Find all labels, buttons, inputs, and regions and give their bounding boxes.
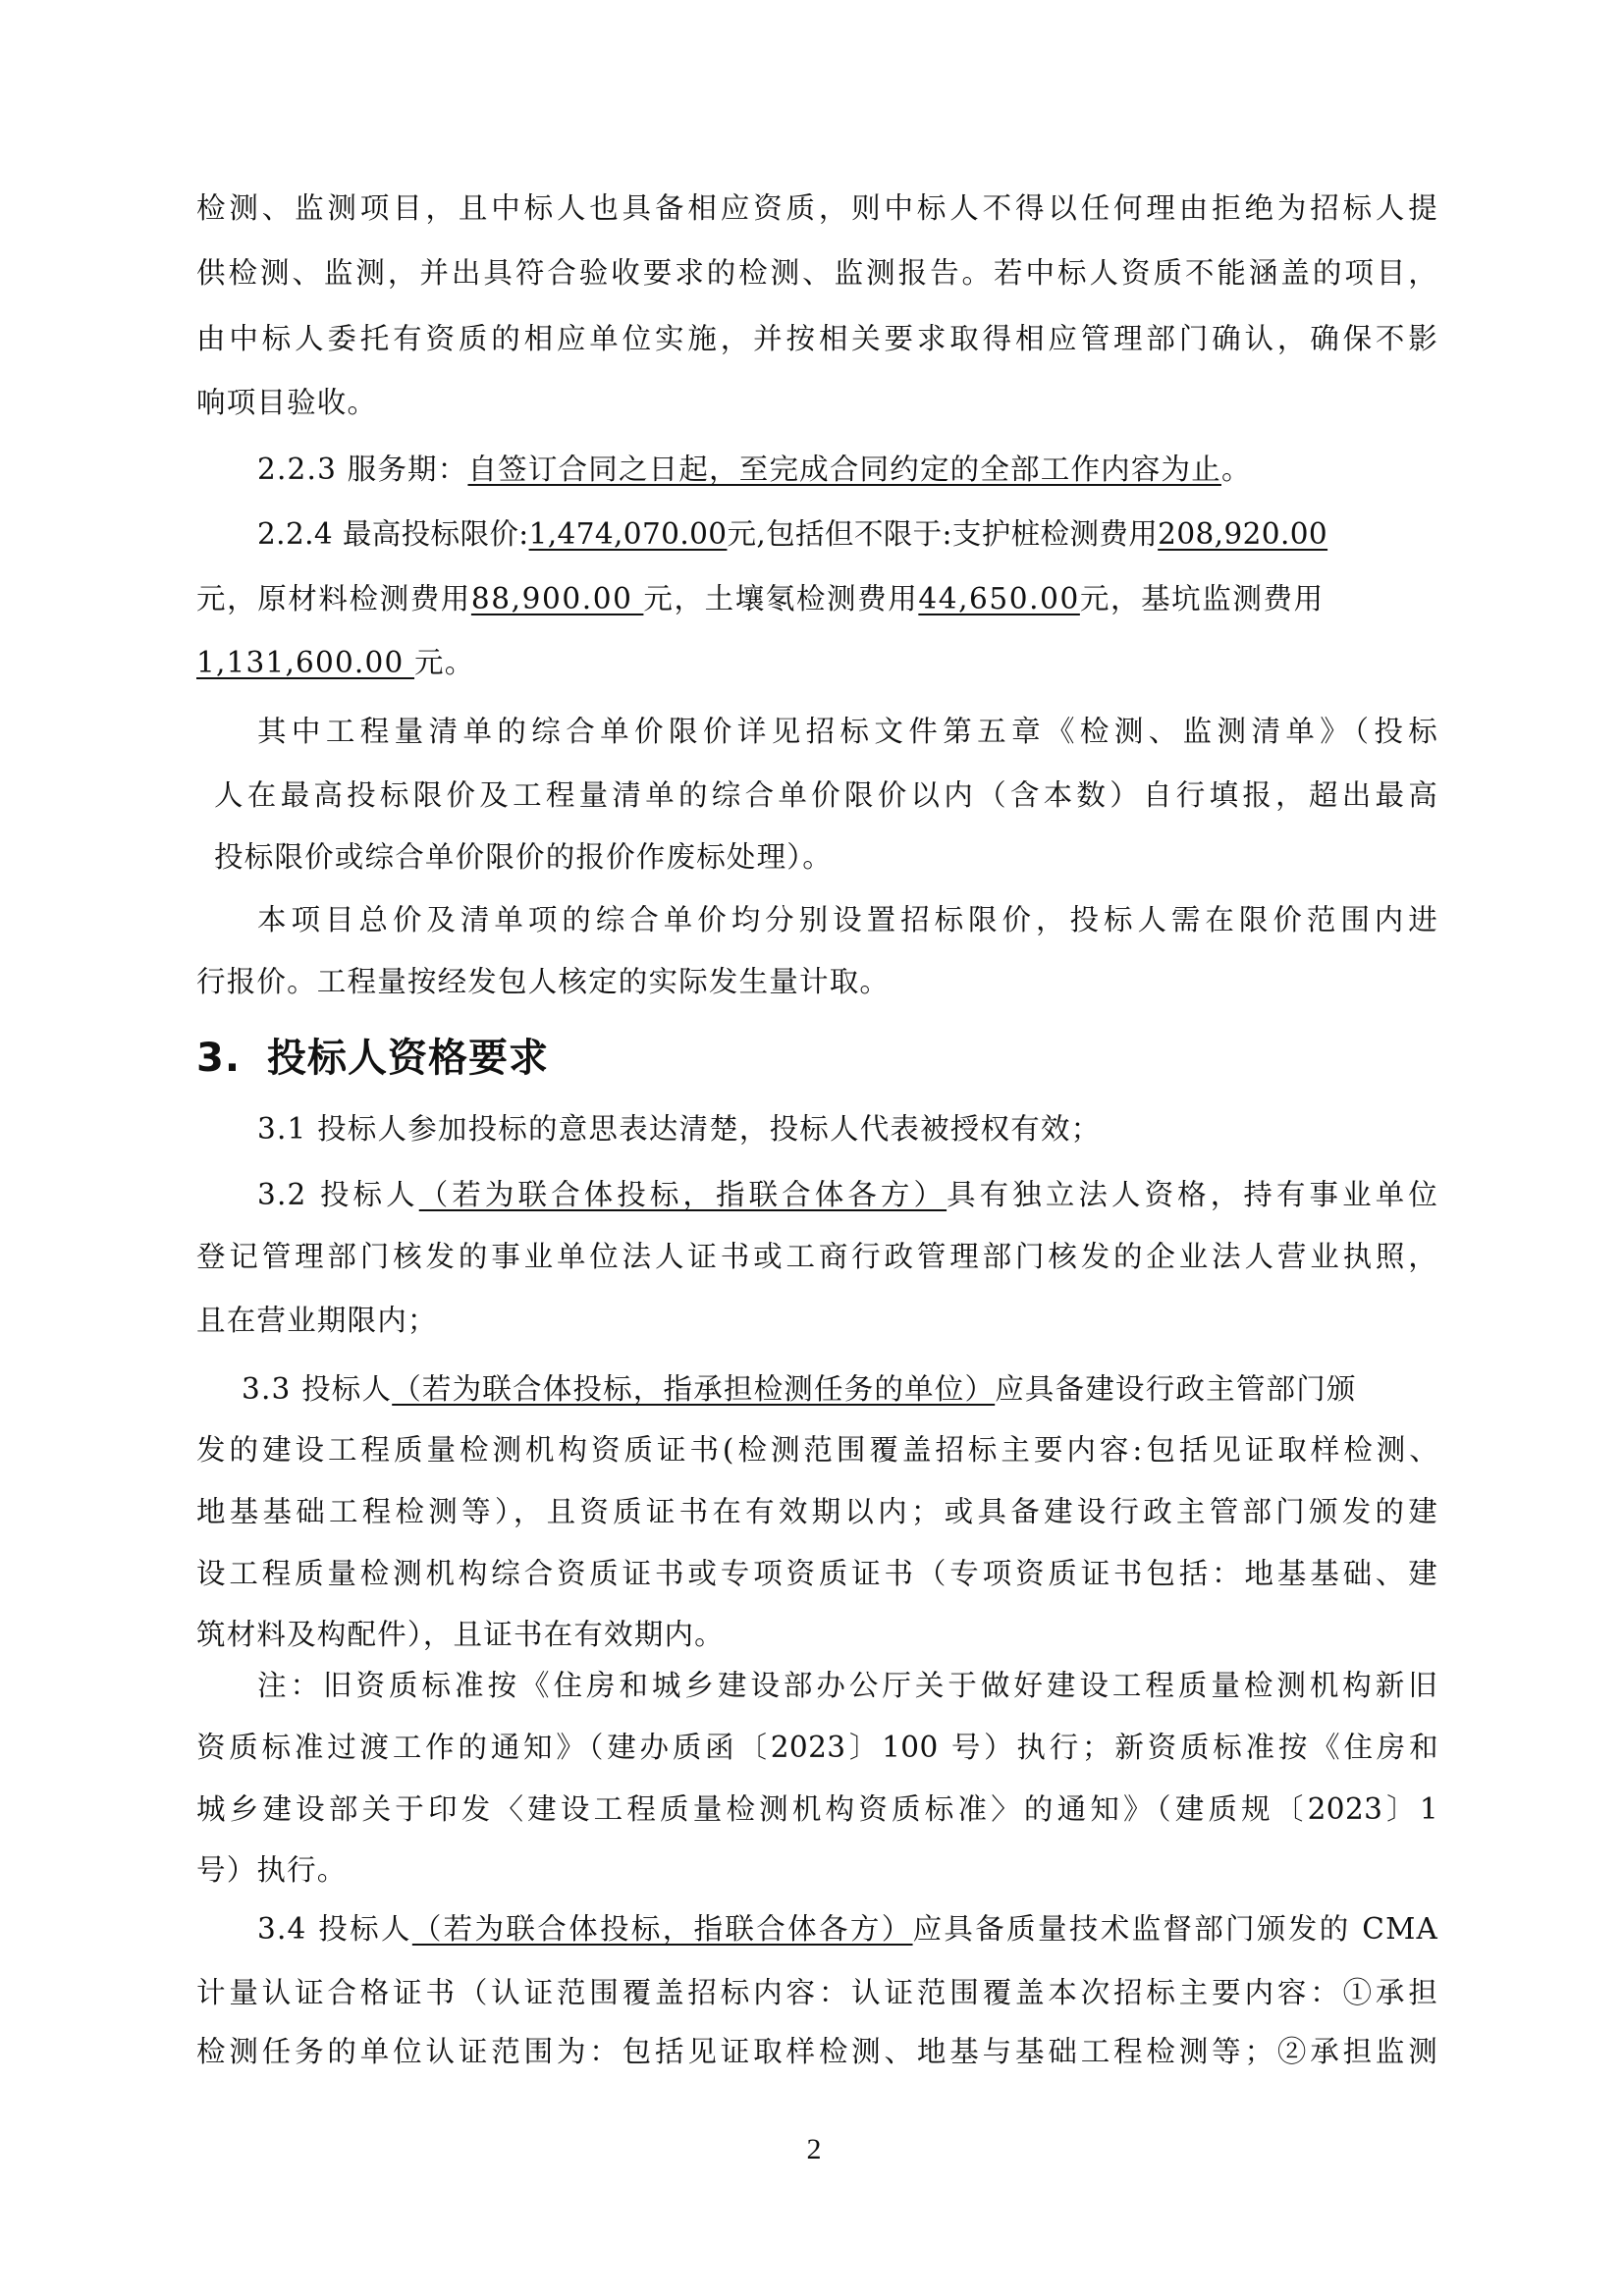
clause-text: 应具备建设行政主管部门颁 [995,1372,1356,1406]
fee-text: 元，土壤氡检测费用 [643,582,918,615]
pit-monitoring-fee-value: 1,131,600.00 [196,646,414,679]
paragraph-line: 响项目验收。 [196,383,1438,422]
document-page: 检测、监测项目，且中标人也具备相应资质，则中标人不得以任何理由拒绝为招标人提 供… [0,0,1624,2296]
pile-fee-value: 208,920.00 [1158,517,1327,551]
paragraph-line: 发的建设工程质量检测机构资质证书(检测范围覆盖招标主要内容:包括见证取样检测、 [196,1430,1438,1469]
clause-2-2-4-line-3: 1,131,600.00 元。 [196,643,1438,682]
clause-3-1: 3.1 投标人参加投标的意思表达清楚，投标人代表被授权有效； [257,1109,1438,1148]
section-title: 投标人资格要求 [267,1036,549,1081]
page-number: 2 [802,2132,826,2167]
clause-3-4-line-1: 3.4 投标人（若为联合体投标，指联合体各方）应具备质量技术监督部门颁发的 CM… [257,1909,1438,1949]
paragraph-line: 供检测、监测，并出具符合验收要求的检测、监测报告。若中标人资质不能涵盖的项目， [196,253,1438,293]
service-period-value: 自签订合同之日起，至完成合同约定的全部工作内容为止 [467,453,1221,486]
fee-text: 元，基坑监测费用 [1080,582,1325,615]
underlined-qualifier: （若为联合体投标，指联合体各方） [419,1178,947,1211]
paragraph-line: 其中工程量清单的综合单价限价详见招标文件第五章《检测、监测清单》（投标 [257,712,1438,751]
fee-text: 元。 [414,646,474,679]
radon-fee-value: 44,650.00 [918,582,1080,615]
underlined-qualifier: （若为联合体投标，指承担检测任务的单位） [392,1372,995,1406]
clause-label: 3.2 投标人 [257,1178,419,1211]
clause-3-2-line-1: 3.2 投标人（若为联合体投标，指联合体各方）具有独立法人资格，持有事业单位 [257,1175,1438,1214]
paragraph-line: 筑材料及构配件），且证书在有效期内。 [196,1615,1438,1654]
paragraph-line: 计量认证合格证书（认证范围覆盖招标内容：认证范围覆盖本次招标主要内容：①承担 [196,1973,1438,2012]
clause-3-3-line-1: 3.3 投标人（若为联合体投标，指承担检测任务的单位）应具备建设行政主管部门颁 [242,1369,1438,1409]
includes-text: ,包括但不限于:支护桩检测费用 [756,517,1158,551]
section-heading: 3.投标人资格要求 [196,1035,549,1082]
note-line: 注：旧资质标准按《住房和城乡建设部办公厅关于做好建设工程质量检测机构新旧 [257,1666,1438,1705]
paragraph-line: 地基基础工程检测等），且资质证书在有效期以内；或具备建设行政主管部门颁发的建 [196,1492,1438,1531]
paragraph-line: 行报价。工程量按经发包人核定的实际发生量计取。 [196,962,1438,1001]
paragraph-line: 由中标人委托有资质的相应单位实施，并按相关要求取得相应管理部门确认，确保不影 [196,319,1438,358]
clause-label: 2.2.4 最高投标限价: [257,517,529,551]
note-line: 资质标准过渡工作的通知》（建办质函〔2023〕100 号）执行；新资质标准按《住… [196,1728,1438,1767]
paragraph-line: 本项目总价及清单项的综合单价均分别设置招标限价，投标人需在限价范围内进 [257,900,1438,939]
fee-text: 元，原材料检测费用 [196,582,471,615]
note-line: 号）执行。 [196,1850,1438,1890]
paragraph-line: 人在最高投标限价及工程量清单的综合单价限价以内（含本数）自行填报，超出最高 [214,775,1438,815]
paragraph-line: 且在营业期限内； [196,1301,1438,1340]
clause-2-2-4-line-1: 2.2.4 最高投标限价:1,474,070.00元,包括但不限于:支护桩检测费… [257,514,1438,554]
material-fee-value: 88,900.00 [471,582,644,615]
clause-2-2-4-line-2: 元，原材料检测费用88,900.00 元，土壤氡检测费用44,650.00元，基… [196,579,1438,618]
clause-text: 应具备质量技术监督部门颁发的 CMA [913,1912,1438,1946]
clause-label: 3.3 投标人 [242,1372,392,1406]
punctuation: 。 [1221,453,1252,486]
max-price-value: 1,474,070.00 [529,517,728,551]
unit-text: 元 [727,517,756,551]
underlined-qualifier: （若为联合体投标，指联合体各方） [412,1912,913,1946]
paragraph-line: 检测任务的单位认证范围为：包括见证取样检测、地基与基础工程检测等；②承担监测 [196,2032,1438,2071]
paragraph-line: 登记管理部门核发的事业单位法人证书或工商行政管理部门核发的企业法人营业执照， [196,1237,1438,1276]
paragraph-line: 设工程质量检测机构综合资质证书或专项资质证书（专项资质证书包括：地基基础、建 [196,1554,1438,1593]
clause-text: 具有独立法人资格，持有事业单位 [947,1178,1438,1211]
paragraph-line: 检测、监测项目，且中标人也具备相应资质，则中标人不得以任何理由拒绝为招标人提 [196,188,1438,228]
clause-label: 3.4 投标人 [257,1912,412,1946]
clause-2-2-3: 2.2.3 服务期：自签订合同之日起，至完成合同约定的全部工作内容为止。 [257,450,1438,489]
note-line: 城乡建设部关于印发〈建设工程质量检测机构资质标准〉的通知》（建质规〔2023〕1 [196,1789,1438,1829]
clause-label: 2.2.3 服务期： [257,453,467,486]
section-number: 3. [196,1035,267,1082]
paragraph-line: 投标限价或综合单价限价的报价作废标处理）。 [214,837,1438,877]
